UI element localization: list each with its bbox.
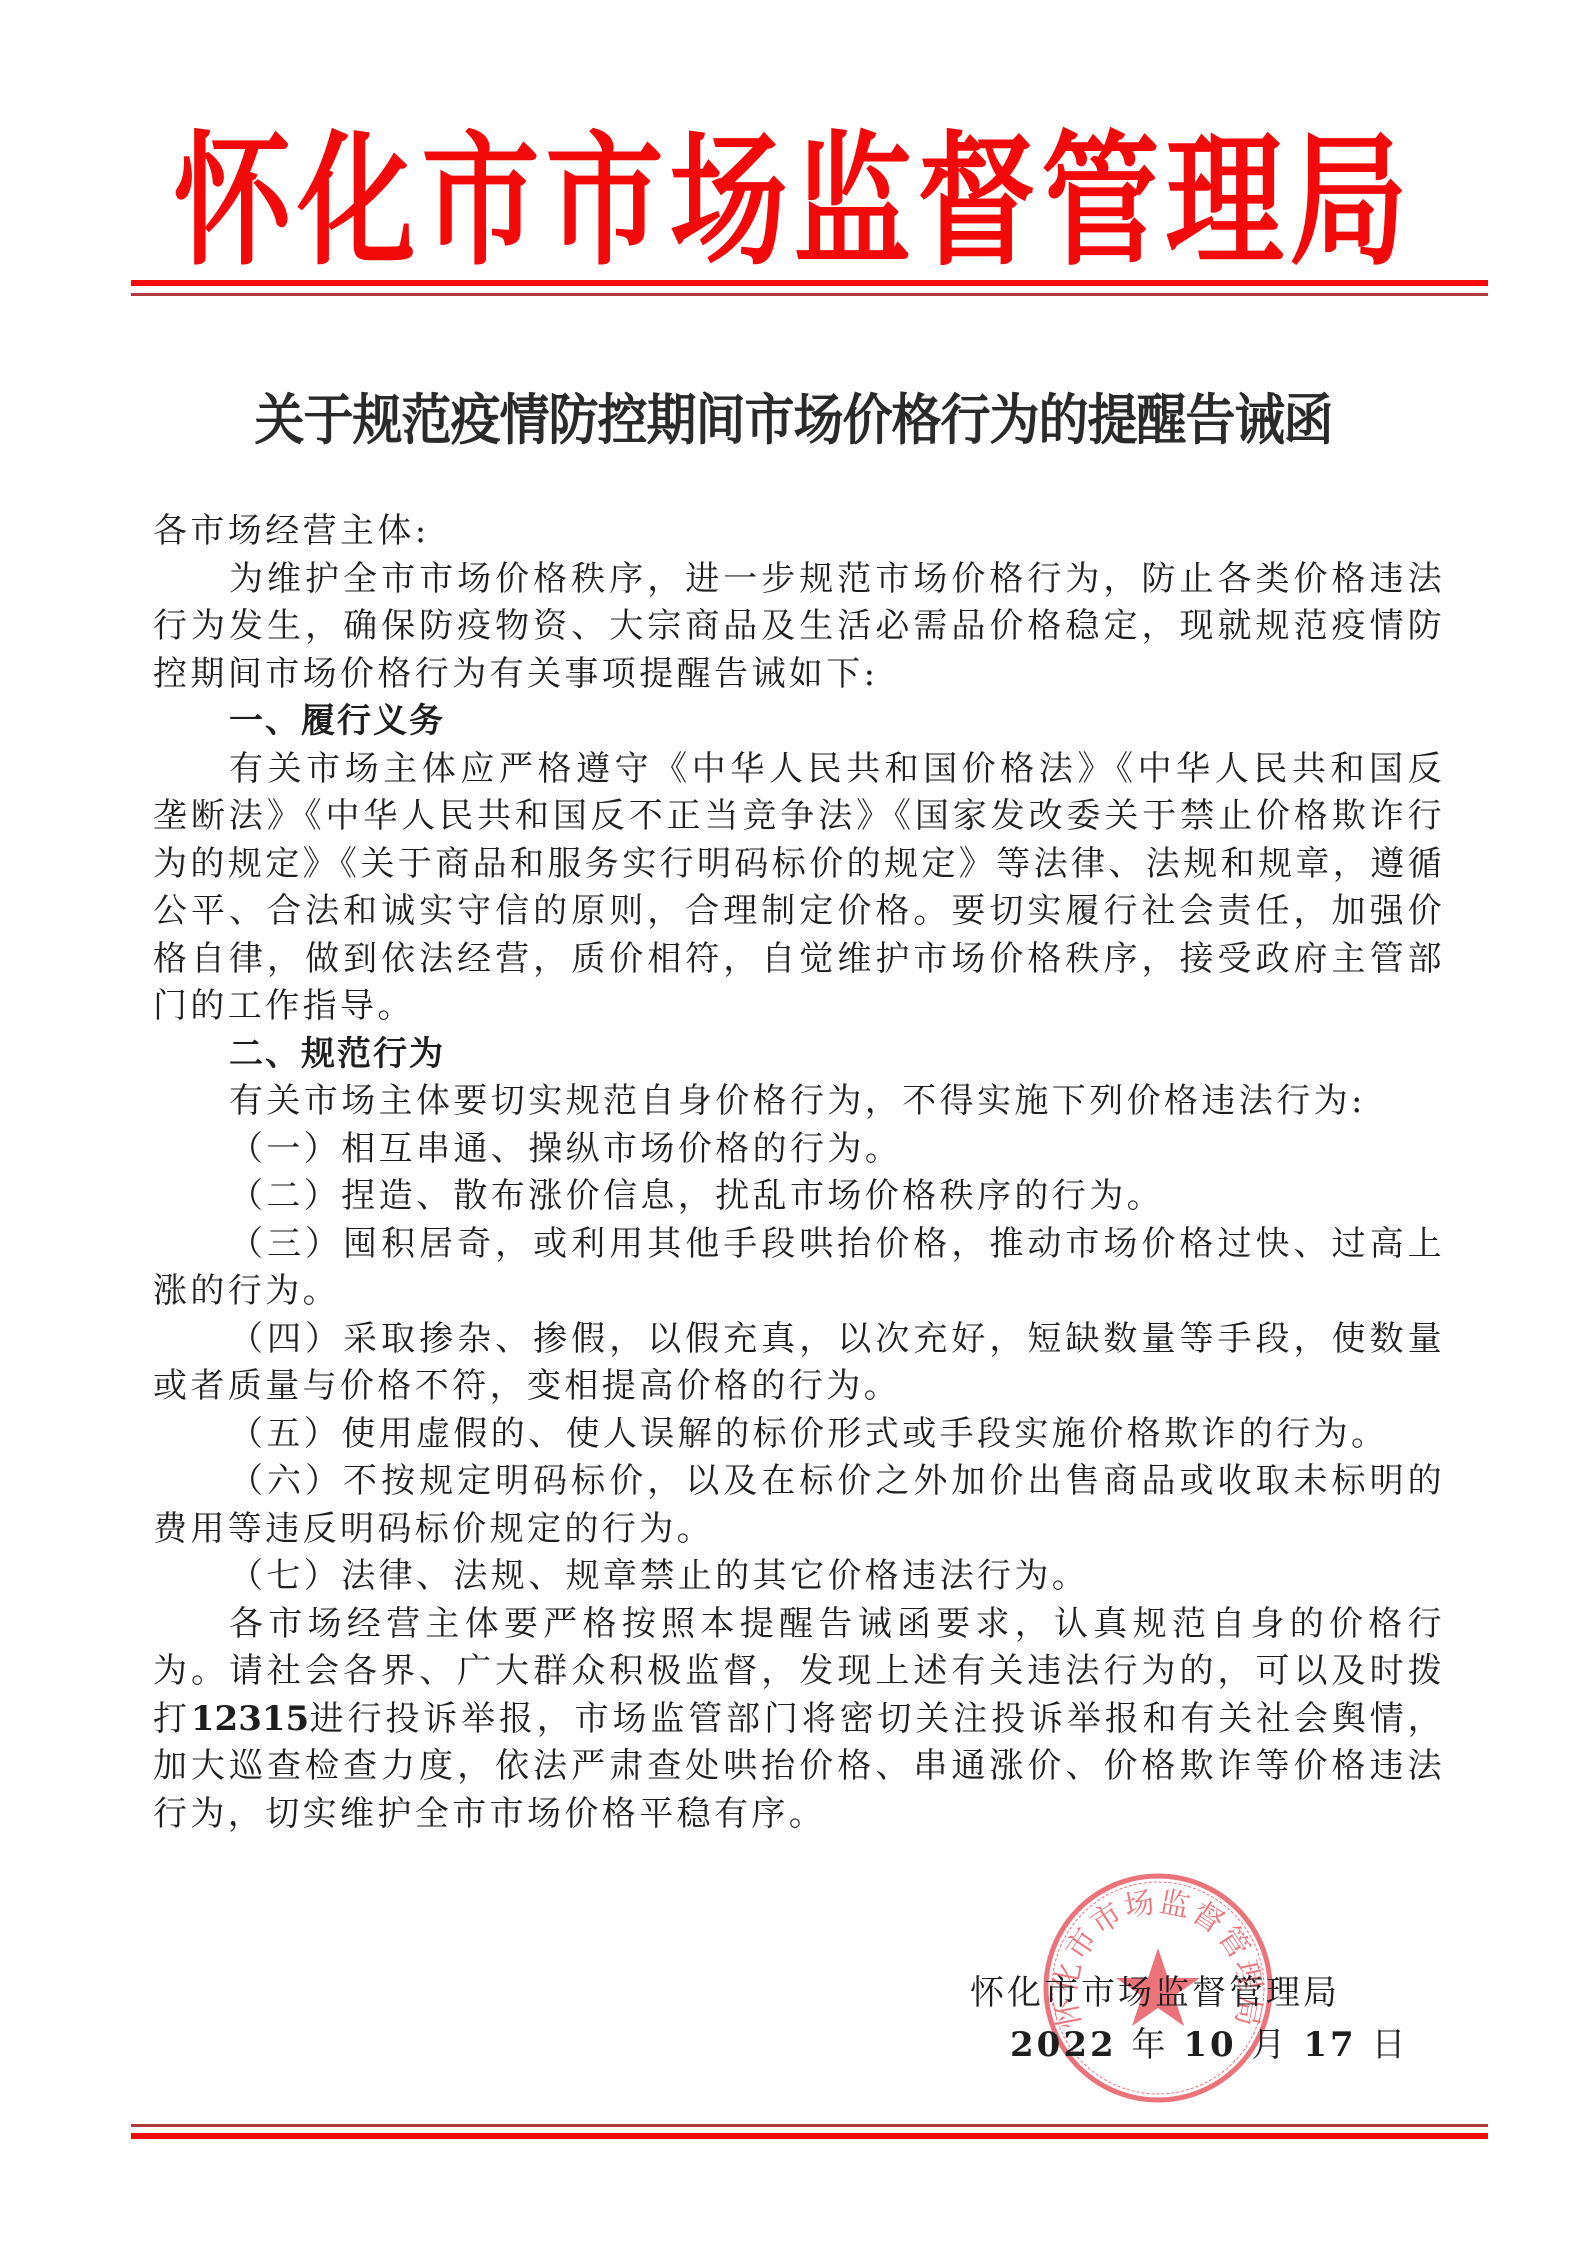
- complaint-hotline: 12315: [191, 1699, 309, 1739]
- footer-divider-thick: [131, 2133, 1488, 2139]
- section-heading-obligations: 一、履行义务: [153, 698, 1445, 746]
- document-body: 各市场经营主体: 为维护全市市场价格秩序，进一步规范市场价格行为，防止各类价格违…: [153, 508, 1445, 1838]
- date-day: 17: [1303, 2025, 1356, 2065]
- masthead-org-name: 怀化市市场监督管理局: [0, 118, 1587, 289]
- document-title: 关于规范疫情防控期间市场价格行为的提醒告诫函: [0, 382, 1587, 459]
- closing-text-part2: 进行投诉举报，市场监管部门将密切关注投诉举报和有关社会舆情，加大巡查检查力度，依…: [153, 1699, 1445, 1834]
- section-heading-conduct: 二、规范行为: [153, 1031, 1445, 1079]
- violation-item: （五）使用虚假的、使人误解的标价形式或手段实施价格欺诈的行为。: [153, 1411, 1445, 1459]
- masthead-divider-thick: [131, 280, 1488, 286]
- date-day-unit: 日: [1372, 2025, 1409, 2065]
- violation-item: （七）法律、法规、规章禁止的其它价格违法行为。: [153, 1553, 1445, 1601]
- footer-divider-thin: [131, 2124, 1488, 2127]
- violation-item: （二）捏造、散布涨价信息，扰乱市场价格秩序的行为。: [153, 1173, 1445, 1221]
- signature-date: 2022 年 10 月 17 日: [1010, 2017, 1409, 2066]
- closing-paragraph: 各市场经营主体要严格按照本提醒告诫函要求，认真规范自身的价格行为。请社会各界、广…: [153, 1601, 1445, 1839]
- violation-item: （六）不按规定明码标价，以及在标价之外加价出售商品或收取未标明的费用等违反明码标…: [153, 1458, 1445, 1553]
- date-year-unit: 年: [1131, 2025, 1168, 2065]
- section-paragraph-obligations: 有关市场主体应严格遵守《中华人民共和国价格法》《中华人民共和国反垄断法》《中华人…: [153, 746, 1445, 1031]
- masthead-divider-thin: [131, 293, 1488, 296]
- violation-item: （三）囤积居奇，或利用其他手段哄抬价格，推动市场价格过快、过高上涨的行为。: [153, 1221, 1445, 1316]
- violation-item: （一）相互串通、操纵市场价格的行为。: [153, 1126, 1445, 1174]
- date-month-unit: 月: [1252, 2025, 1289, 2065]
- salutation: 各市场经营主体:: [153, 508, 1445, 556]
- date-year: 2022: [1010, 2025, 1117, 2065]
- signature-org: 怀化市市场监督管理局: [970, 1965, 1340, 2014]
- violation-item: （四）采取掺杂、掺假，以假充真，以次充好，短缺数量等手段，使数量或者质量与价格不…: [153, 1316, 1445, 1411]
- intro-paragraph: 为维护全市市场价格秩序，进一步规范市场价格行为，防止各类价格违法行为发生，确保防…: [153, 556, 1445, 699]
- date-month: 10: [1183, 2025, 1236, 2065]
- section-paragraph-conduct: 有关市场主体要切实规范自身价格行为，不得实施下列价格违法行为:: [153, 1078, 1445, 1126]
